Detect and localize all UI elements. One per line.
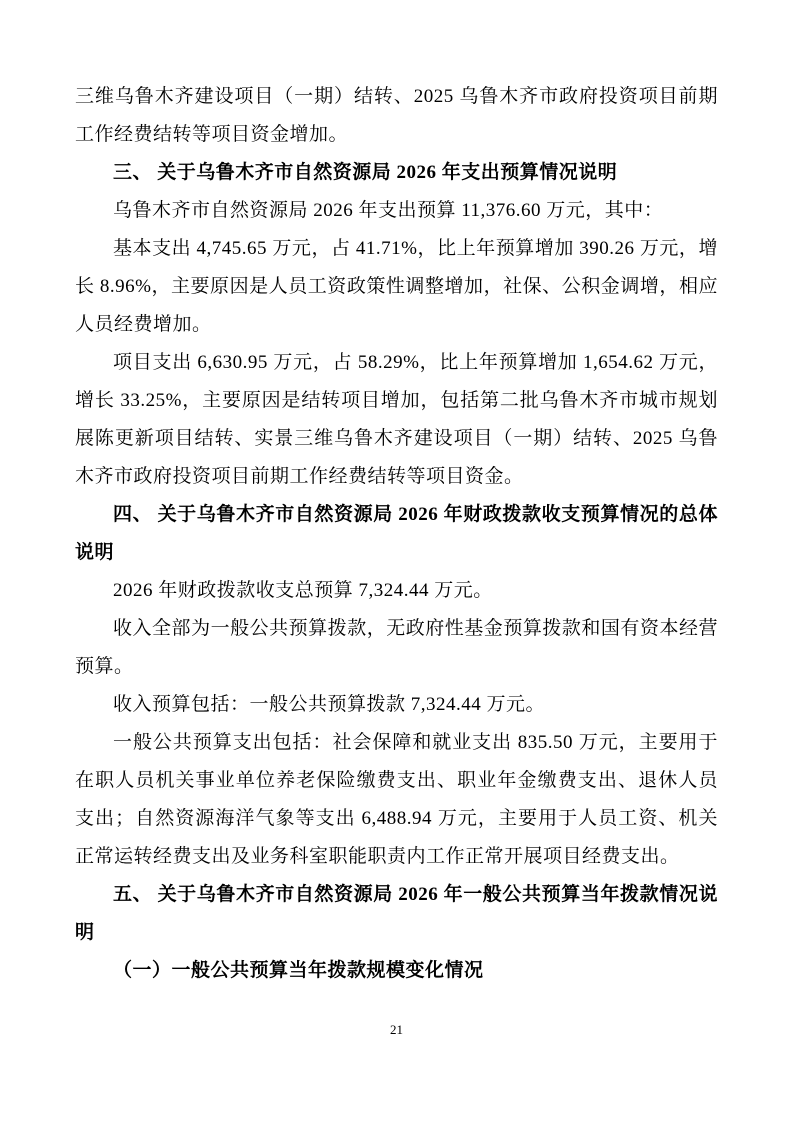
paragraph: 2026 年财政拨款收支总预算 7,324.44 万元。 [75,572,718,610]
paragraph-continuation: 三维乌鲁木齐建设项目（一期）结转、2025 乌鲁木齐市政府投资项目前期工作经费结… [75,78,718,154]
section-heading-5: 五、 关于乌鲁木齐市自然资源局 2026 年一般公共预算当年拨款情况说明 [75,876,718,952]
sub-heading-5-1: （一）一般公共预算当年拨款规模变化情况 [75,952,718,990]
paragraph: 乌鲁木齐市自然资源局 2026 年支出预算 11,376.60 万元，其中： [75,192,718,230]
section-heading-3: 三、 关于乌鲁木齐市自然资源局 2026 年支出预算情况说明 [75,154,718,192]
document-page: 三维乌鲁木齐建设项目（一期）结转、2025 乌鲁木齐市政府投资项目前期工作经费结… [0,0,793,1122]
paragraph: 项目支出 6,630.95 万元，占 58.29%，比上年预算增加 1,654.… [75,344,718,496]
paragraph: 收入全部为一般公共预算拨款，无政府性基金预算拨款和国有资本经营预算。 [75,610,718,686]
paragraph: 一般公共预算支出包括：社会保障和就业支出 835.50 万元，主要用于在职人员机… [75,724,718,876]
paragraph: 基本支出 4,745.65 万元，占 41.71%，比上年预算增加 390.26… [75,230,718,344]
page-number: 21 [0,1022,793,1038]
section-heading-4: 四、 关于乌鲁木齐市自然资源局 2026 年财政拨款收支预算情况的总体说明 [75,496,718,572]
paragraph: 收入预算包括：一般公共预算拨款 7,324.44 万元。 [75,686,718,724]
document-body: 三维乌鲁木齐建设项目（一期）结转、2025 乌鲁木齐市政府投资项目前期工作经费结… [75,78,718,990]
